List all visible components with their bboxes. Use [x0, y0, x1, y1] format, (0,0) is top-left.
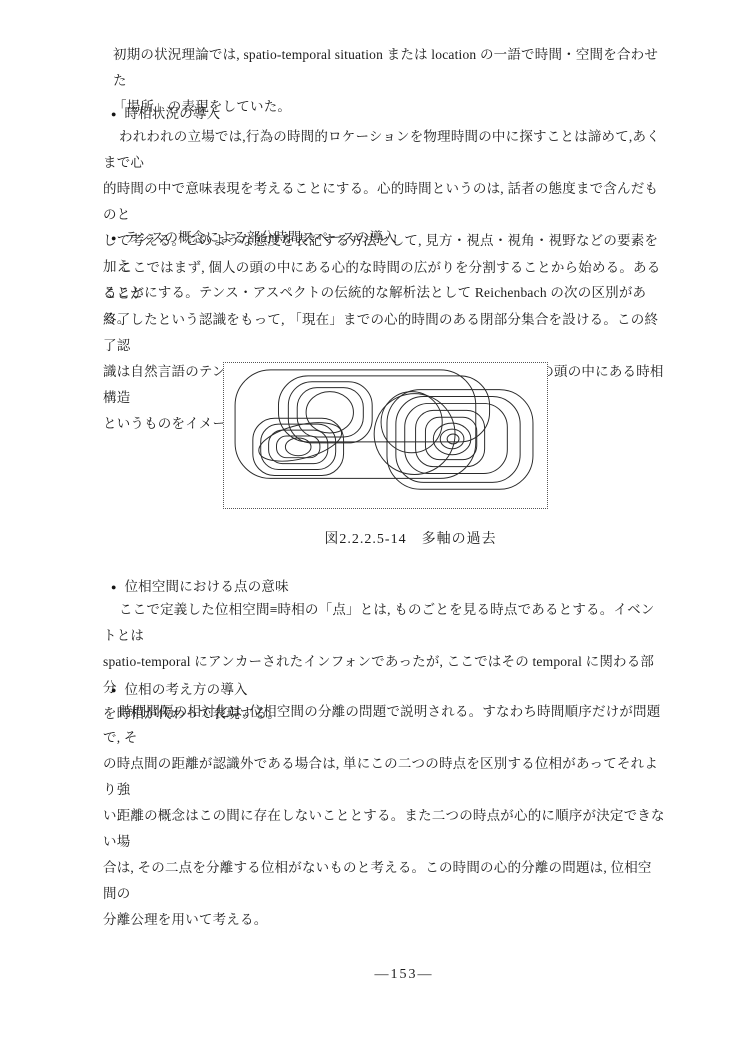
section-heading-tense-subspace: ● テンスの概念による部分時間スペースの導入: [111, 225, 397, 251]
section-heading-label: テンスの概念による部分時間スペースの導入: [124, 225, 396, 251]
figure-multi-axis-past: [223, 362, 548, 509]
section-body-topology-intro: 時間間隔の相対化は, 位相空間の分離の問題で説明される。すなわち時間順序だけが問…: [103, 699, 665, 933]
scanned-document-page: 初期の状況理論では, spatio-temporal situation または…: [0, 0, 750, 1054]
figure-caption: 図2.2.2.5-14 多軸の過去: [248, 527, 573, 553]
figure-canvas: [224, 363, 547, 508]
bullet-icon: ●: [111, 225, 116, 251]
page-number: —153—: [29, 962, 750, 988]
